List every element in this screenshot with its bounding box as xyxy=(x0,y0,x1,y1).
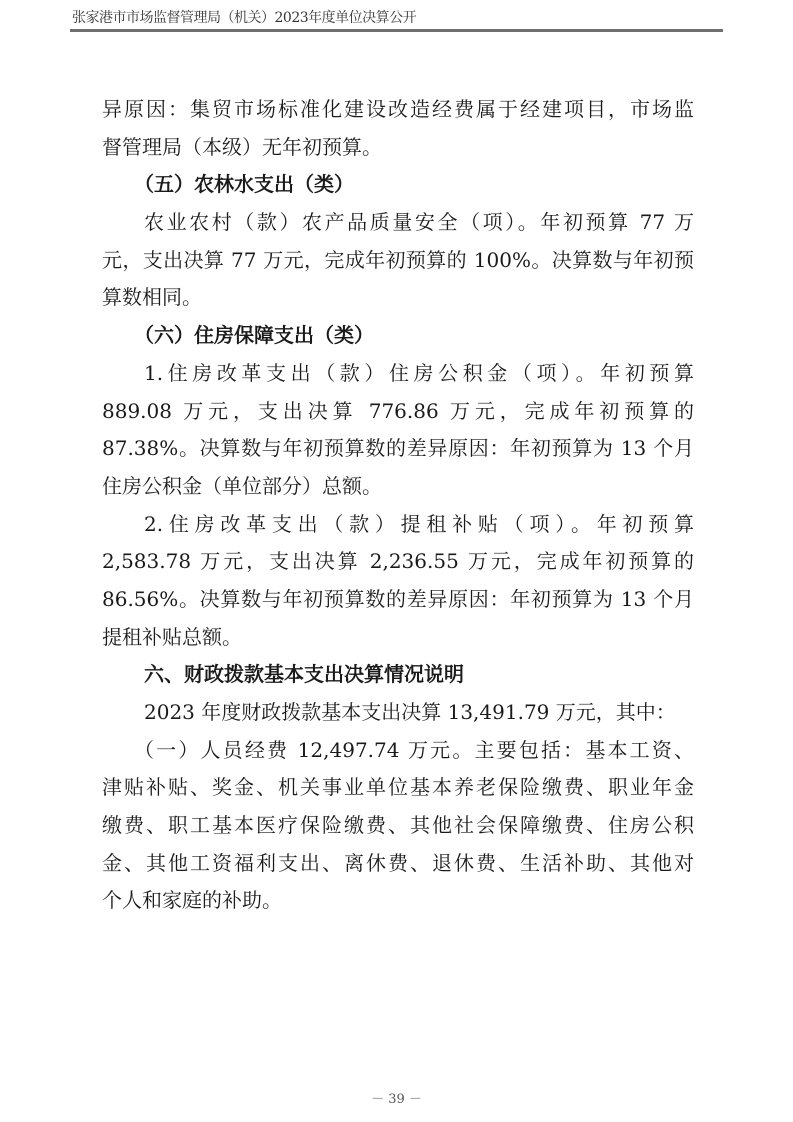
text-line: 督管理局（本级）无年初预算。 xyxy=(102,133,694,171)
text-line: 87.38%。决算数与年初预算数的差异原因：年初预算为 13 个月 xyxy=(102,434,694,472)
text-line: 津贴补贴、奖金、机关事业单位基本养老保险缴费、职业年金 xyxy=(102,773,694,811)
text-line: 异原因：集贸市场标准化建设改造经费属于经建项目，市场监 xyxy=(102,95,694,133)
header-title: 张家港市市场监督管理局（机关）2023年度单位决算公开 xyxy=(72,10,416,26)
text-line: 889.08 万元，支出决算 776.86 万元，完成年初预算的 xyxy=(102,397,694,435)
page-header: 张家港市市场监督管理局（机关）2023年度单位决算公开 xyxy=(70,8,723,32)
text-line: 农业农村（款）农产品质量安全（项）。年初预算 77 万 xyxy=(102,208,694,246)
text-line: 元，支出决算 77 万元，完成年初预算的 100%。决算数与年初预 xyxy=(102,246,694,284)
text-line: 个人和家庭的补助。 xyxy=(102,886,694,924)
text-line: 1.住房改革支出（款）住房公积金（项）。年初预算 xyxy=(102,359,694,397)
document-body: 异原因：集贸市场标准化建设改造经费属于经建项目，市场监 督管理局（本级）无年初预… xyxy=(102,95,694,924)
text-line: 金、其他工资福利支出、离休费、退休费、生活补助、其他对 xyxy=(102,849,694,887)
page-number: － 39 － xyxy=(0,1088,793,1107)
text-line: 2,583.78 万元，支出决算 2,236.55 万元，完成年初预算的 xyxy=(102,547,694,585)
section-heading-agriculture: （五）农林水支出（类） xyxy=(102,170,694,208)
text-line: 86.56%。决算数与年初预算数的差异原因：年初预算为 13 个月 xyxy=(102,585,694,623)
text-line: （一）人员经费 12,497.74 万元。主要包括：基本工资、 xyxy=(102,736,694,774)
text-line: 2.住房改革支出（款）提租补贴（项）。年初预算 xyxy=(102,510,694,548)
text-line: 住房公积金（单位部分）总额。 xyxy=(102,472,694,510)
text-line: 提租补贴总额。 xyxy=(102,623,694,661)
text-line: 缴费、职工基本医疗保险缴费、其他社会保障缴费、住房公积 xyxy=(102,811,694,849)
text-line: 2023 年度财政拨款基本支出决算 13,491.79 万元，其中： xyxy=(102,698,694,736)
text-line: 算数相同。 xyxy=(102,283,694,321)
section-heading-housing: （六）住房保障支出（类） xyxy=(102,321,694,359)
section-heading-basic-expenditure: 六、财政拨款基本支出决算情况说明 xyxy=(102,660,694,698)
